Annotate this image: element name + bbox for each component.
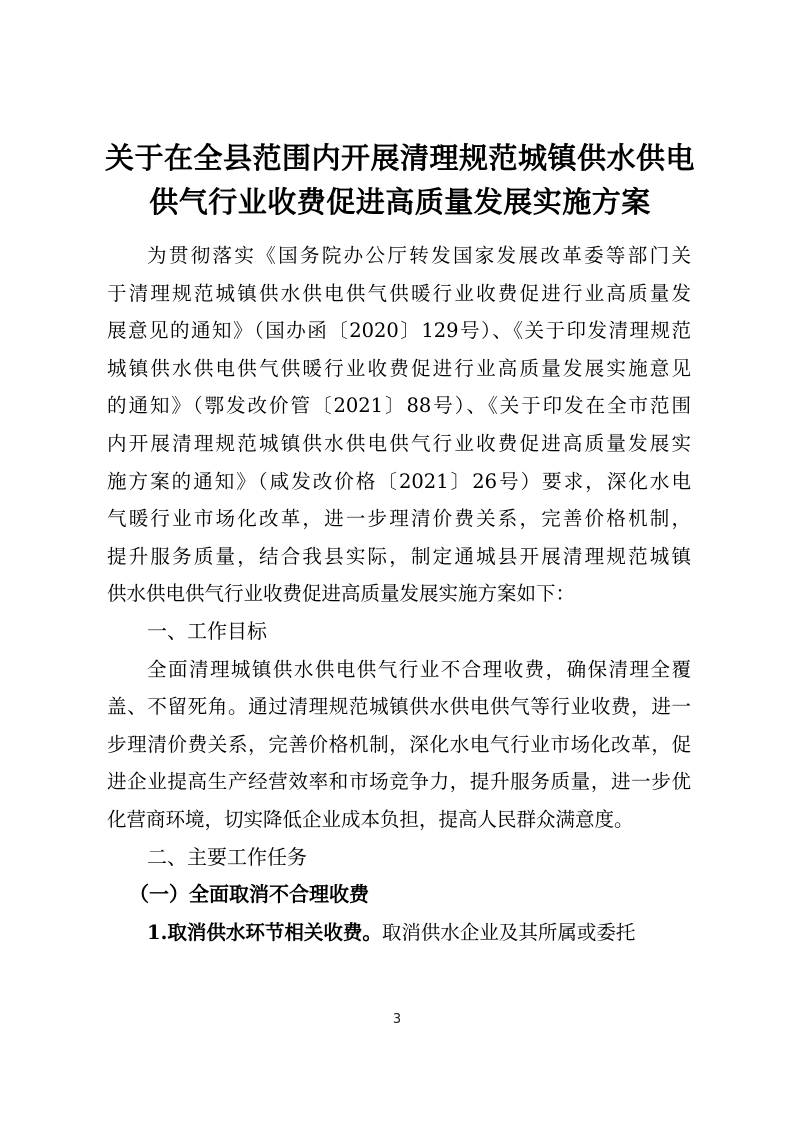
paragraph-line: 全面清理城镇供水供电供气行业不合理收费，确保清理全覆 (107, 651, 691, 689)
paragraph-line: 内开展清理规范城镇供水供电供气行业收费促进高质量发展实 (107, 425, 691, 463)
paragraph-line: 城镇供水供电供气供暖行业收费促进行业高质量发展实施意见 (107, 350, 691, 388)
section-heading-main-tasks: 二、主要工作任务 (107, 839, 691, 877)
paragraph-line: 盖、不留死角。通过清理规范城镇供水供电供气等行业收费，进一 (107, 688, 691, 726)
paragraph-line: 展意见的通知》（国办函〔2020〕129号）、《关于印发清理规范 (107, 312, 691, 350)
paragraph-line: 进企业提高生产经营效率和市场竞争力，提升服务质量，进一步优 (107, 763, 691, 801)
task-item-1-lead: 1.取消供水环节相关收费。 (147, 921, 382, 944)
paragraph-line: 为贯彻落实《国务院办公厅转发国家发展改革委等部门关 (107, 237, 691, 275)
intro-paragraph: 为贯彻落实《国务院办公厅转发国家发展改革委等部门关 于清理规范城镇供水供电供气供… (107, 237, 691, 613)
title-line-2: 供气行业收费促进高质量发展实施方案 (100, 180, 700, 224)
paragraph-line: 施方案的通知》（咸发改价格〔2021〕26号）要求，深化水电 (107, 463, 691, 501)
paragraph-line: 化营商环境，切实降低企业成本负担，提高人民群众满意度。 (107, 801, 691, 839)
paragraph-line: 的通知》（鄂发改价管〔2021〕88号）、《关于印发在全市范围 (107, 387, 691, 425)
paragraph-line: 提升服务质量，结合我县实际，制定通城县开展清理规范城镇 (107, 538, 691, 576)
paragraph-line: 供水供电供气行业收费促进高质量发展实施方案如下： (107, 575, 691, 613)
section-heading-work-goals: 一、工作目标 (107, 613, 691, 651)
document-body: 为贯彻落实《国务院办公厅转发国家发展改革委等部门关 于清理规范城镇供水供电供气供… (107, 237, 691, 951)
paragraph-line: 步理清价费关系，完善价格机制，深化水电气行业市场化改革，促 (107, 726, 691, 764)
task-item-1: 1.取消供水环节相关收费。取消供水企业及其所属或委托 (107, 914, 691, 952)
paragraph-line: 于清理规范城镇供水供电供气供暖行业收费促进行业高质量发 (107, 275, 691, 313)
document-page: 关于在全县范围内开展清理规范城镇供水供电 供气行业收费促进高质量发展实施方案 为… (0, 0, 794, 1123)
paragraph-line: 气暖行业市场化改革，进一步理清价费关系，完善价格机制， (107, 500, 691, 538)
subsection-heading-cancel-fees: （一）全面取消不合理收费 (107, 876, 691, 914)
title-line-1: 关于在全县范围内开展清理规范城镇供水供电 (100, 136, 700, 180)
task-item-1-text: 取消供水企业及其所属或委托 (382, 921, 636, 944)
page-number: 3 (0, 1012, 794, 1027)
document-title: 关于在全县范围内开展清理规范城镇供水供电 供气行业收费促进高质量发展实施方案 (100, 136, 700, 224)
work-goals-paragraph: 全面清理城镇供水供电供气行业不合理收费，确保清理全覆 盖、不留死角。通过清理规范… (107, 651, 691, 839)
